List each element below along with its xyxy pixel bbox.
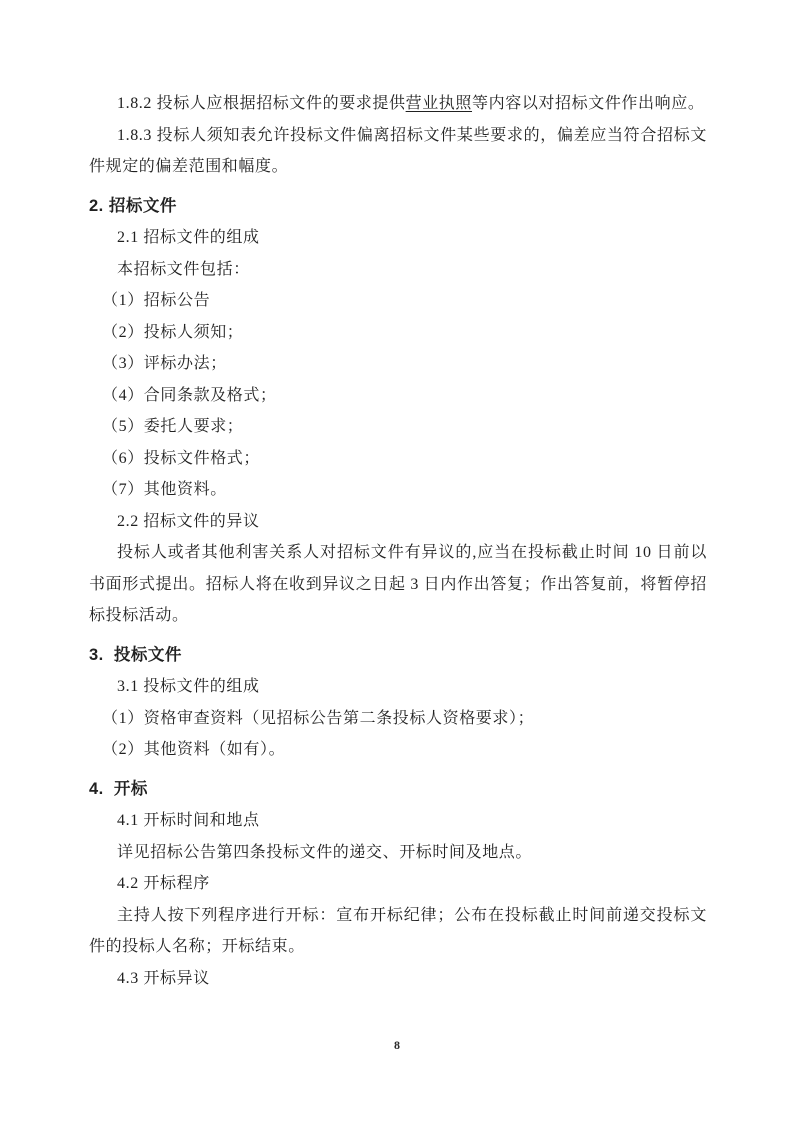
text-run: 4. 开标 <box>89 780 148 798</box>
text-run: （5）委托人要求； <box>102 418 243 435</box>
line-4-3: 4.3 开标异议 <box>89 963 707 995</box>
list-item-2-1-6: （6）投标文件格式； <box>89 443 707 475</box>
heading-section-3: 3. 投标文件 <box>89 640 707 672</box>
line-2-1-intro: 本招标文件包括： <box>89 254 707 286</box>
text-run: （6）投标文件格式； <box>102 450 260 467</box>
text-run: 投标人或者其他利害关系人对招标文件有异议的,应当在投标截止时间 10 日前以书面… <box>89 544 707 624</box>
text-run: （7）其他资料。 <box>102 481 227 498</box>
text-run: 4.3 开标异议 <box>117 970 210 987</box>
para-1-8-3: 1.8.3 投标人须知表允许投标文件偏离招标文件某些要求的，偏差应当符合招标文件… <box>89 120 707 183</box>
text-run: （2）投标人须知； <box>102 324 243 341</box>
text-run: 2.2 招标文件的异议 <box>117 513 260 530</box>
line-4-1: 4.1 开标时间和地点 <box>89 805 707 837</box>
text-run: 1.8.3 投标人须知表允许投标文件偏离招标文件某些要求的，偏差应当符合招标文件… <box>89 127 707 176</box>
list-item-2-1-7: （7）其他资料。 <box>89 474 707 506</box>
list-item-2-1-5: （5）委托人要求； <box>89 411 707 443</box>
line-4-2: 4.2 开标程序 <box>89 868 707 900</box>
list-item-2-1-4: （4）合同条款及格式； <box>89 380 707 412</box>
heading-section-4: 4. 开标 <box>89 774 707 806</box>
line-4-1-body: 详见招标公告第四条投标文件的递交、开标时间及地点。 <box>89 837 707 869</box>
text-run: 2.1 招标文件的组成 <box>117 229 260 246</box>
text-run: 4.2 开标程序 <box>117 875 210 892</box>
text-run: （3）评标办法； <box>102 355 227 372</box>
list-item-2-1-3: （3）评标办法； <box>89 348 707 380</box>
list-item-2-1-2: （2）投标人须知； <box>89 317 707 349</box>
text-run: 2. 招标文件 <box>89 197 177 215</box>
text-run: 本招标文件包括： <box>117 261 250 278</box>
text-run: 详见招标公告第四条投标文件的递交、开标时间及地点。 <box>117 844 532 861</box>
underlined-text: 营业执照 <box>406 95 472 112</box>
para-1-8-2: 1.8.2 投标人应根据招标文件的要求提供营业执照等内容以对招标文件作出响应。 <box>89 88 707 120</box>
line-2-1: 2.1 招标文件的组成 <box>89 222 707 254</box>
page-number: 8 <box>0 1038 794 1053</box>
text-run: 等内容以对招标文件作出响应。 <box>472 95 704 112</box>
text-run: 3.1 投标文件的组成 <box>117 678 260 695</box>
text-run: 3. 投标文件 <box>89 646 182 664</box>
text-run: （1）资格审查资料（见招标公告第二条投标人资格要求）； <box>102 710 534 727</box>
text-run: （2）其他资料（如有）。 <box>102 741 285 758</box>
document-body: 1.8.2 投标人应根据招标文件的要求提供营业执照等内容以对招标文件作出响应。1… <box>89 88 707 994</box>
text-run: 4.1 开标时间和地点 <box>117 812 260 829</box>
list-item-3-1-2: （2）其他资料（如有）。 <box>89 734 707 766</box>
text-run: 1.8.2 投标人应根据招标文件的要求提供 <box>117 95 406 112</box>
list-item-3-1-1: （1）资格审查资料（见招标公告第二条投标人资格要求）； <box>89 703 707 735</box>
line-3-1: 3.1 投标文件的组成 <box>89 671 707 703</box>
text-run: 主持人按下列程序进行开标：宣布开标纪律；公布在投标截止时间前递交投标文件的投标人… <box>89 907 707 956</box>
line-2-2: 2.2 招标文件的异议 <box>89 506 707 538</box>
para-2-2-body: 投标人或者其他利害关系人对招标文件有异议的,应当在投标截止时间 10 日前以书面… <box>89 537 707 632</box>
document-page: 1.8.2 投标人应根据招标文件的要求提供营业执照等内容以对招标文件作出响应。1… <box>0 0 794 1123</box>
list-item-2-1-1: （1）招标公告 <box>89 285 707 317</box>
text-run: （1）招标公告 <box>102 292 210 309</box>
para-4-2-body: 主持人按下列程序进行开标：宣布开标纪律；公布在投标截止时间前递交投标文件的投标人… <box>89 900 707 963</box>
heading-section-2: 2. 招标文件 <box>89 191 707 223</box>
text-run: （4）合同条款及格式； <box>102 387 277 404</box>
